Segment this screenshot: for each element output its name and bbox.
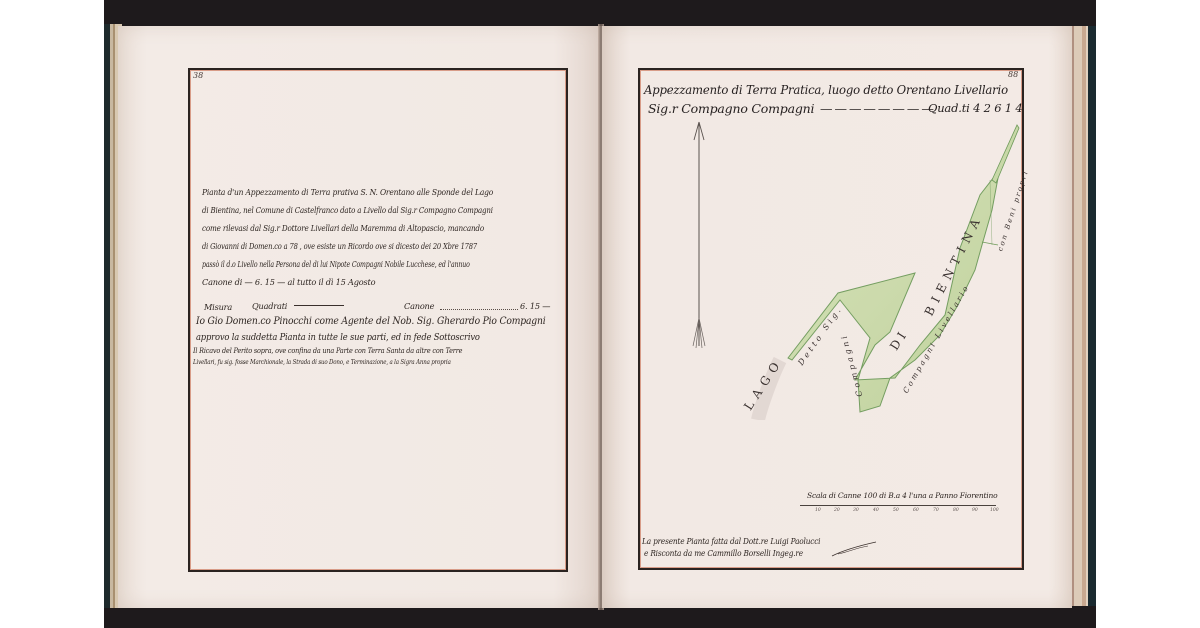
attribution-line: e Risconta da me Cammillo Borselli Ingeg… — [644, 549, 803, 558]
signature-line: Io Gio Domen.co Pinocchi come Agente del… — [196, 316, 545, 327]
paragraph-line: come rilevasi dal Sig.r Dottore Livellar… — [202, 223, 484, 233]
label-canone: Canone — [404, 301, 434, 311]
right-page-number: 88 — [1008, 70, 1018, 79]
parcel-strip — [992, 125, 1019, 183]
scale-tick: 60 — [913, 508, 919, 513]
map-title-line-1: Appezzamento di Terra Pratica, luogo det… — [644, 82, 1008, 97]
scale-tick: 40 — [873, 508, 879, 513]
map-title-dashes: — — — — — — — — — [820, 101, 933, 116]
struck-out-value — [294, 305, 344, 306]
map-title-area: Quad.ti 4 2 6 1 4 — [928, 101, 1022, 115]
left-page-number: 38 — [193, 71, 203, 80]
paragraph-line: di Giovanni di Domen.co a 78 , ove esist… — [202, 241, 477, 251]
scale-bar — [800, 505, 996, 506]
scale-tick: 100 — [990, 508, 999, 513]
attribution-line: La presente Pianta fatta dal Dott.re Lui… — [642, 537, 820, 546]
scale-tick: 90 — [972, 508, 978, 513]
scale-title: Scala di Canne 100 di B.a 4 l'una a Pann… — [807, 491, 997, 500]
scale-tick: 10 — [815, 508, 821, 513]
scale-tick: 30 — [853, 508, 859, 513]
north-arrow-icon — [684, 118, 714, 354]
scale-tick: 50 — [893, 508, 899, 513]
book-cover-right-edge — [1068, 26, 1096, 606]
signature-flourish — [830, 540, 880, 560]
scale-tick: 70 — [933, 508, 939, 513]
paragraph-line: Canone di — 6. 15 — al tutto il dì 15 Ag… — [202, 277, 375, 287]
canone-value: 6. 15 — — [520, 301, 550, 311]
signature-line: Il Ricavo del Perito sopra, ove confina … — [193, 347, 462, 355]
paragraph-line: Pianta d'un Appezzamento di Terra prativ… — [202, 187, 493, 197]
paragraph-line: di Bientina, nel Comune di Castelfranco … — [202, 205, 493, 215]
label-misura: Misura — [204, 302, 232, 312]
signature-line: Livellari, fu sig. fosse Marchionale, la… — [193, 358, 451, 366]
signature-line: approvo la suddetta Pianta in tutte le s… — [196, 332, 480, 343]
dotted-leader — [440, 309, 518, 310]
scale-tick: 80 — [953, 508, 959, 513]
label-quadrati: Quadrati — [252, 301, 287, 311]
paragraph-line: passò il d.o Livello nella Persona del d… — [202, 259, 470, 269]
scale-tick: 20 — [834, 508, 840, 513]
map-title-owner: Sig.r Compagno Compagni — [648, 101, 814, 116]
